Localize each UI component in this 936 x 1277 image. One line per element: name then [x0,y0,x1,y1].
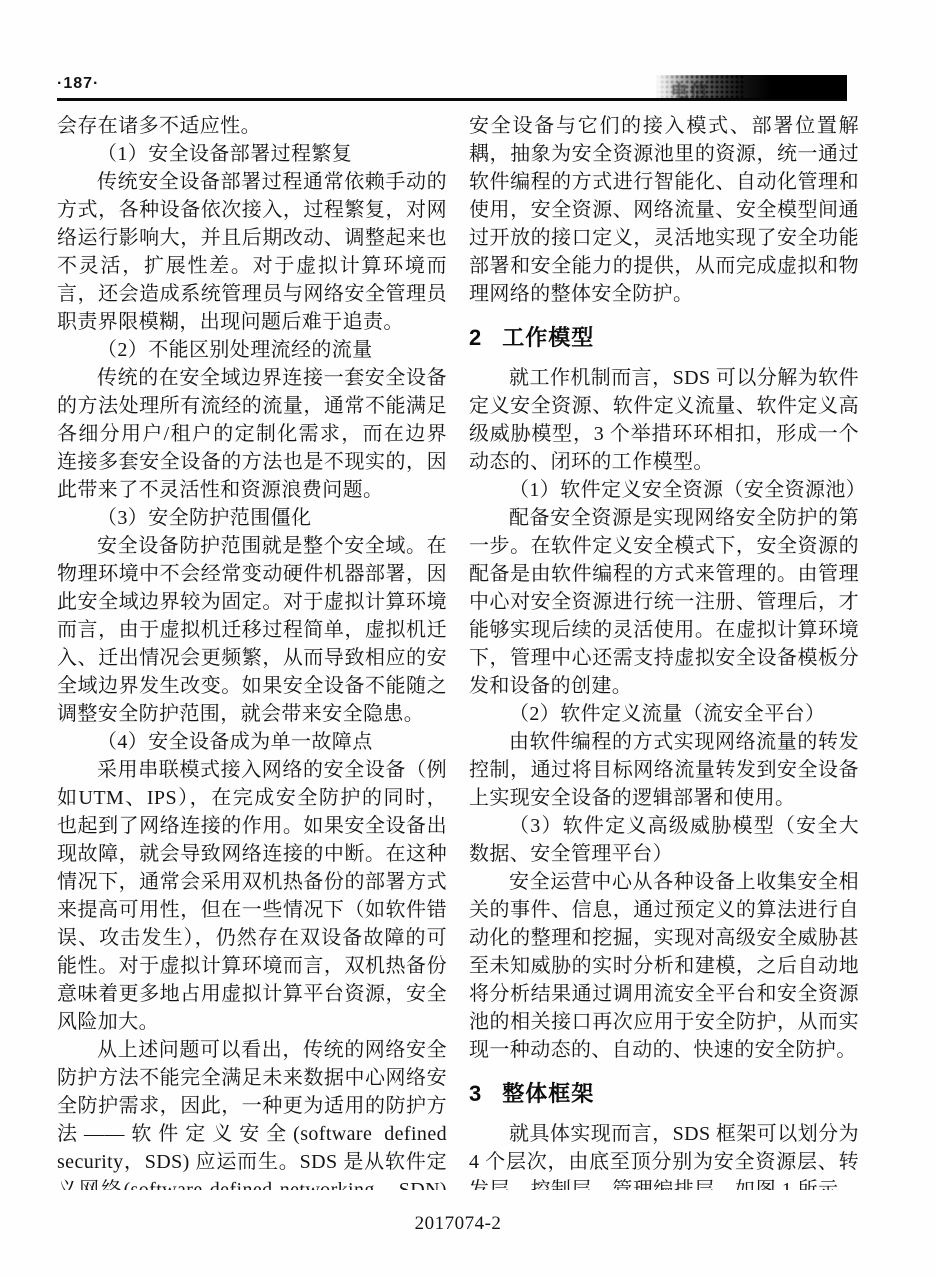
section-number: 2 [469,324,482,352]
list-item-heading: （3）安全防护范围僵化 [57,504,447,532]
section-title: 整体框架 [502,1080,594,1108]
paragraph: 安全运营中心从各种设备上收集安全相关的事件、信息，通过预定义的算法进行自动化的整… [469,868,859,1064]
paragraph: 从上述问题可以看出，传统的网络安全防护方法不能完全满足未来数据中心网络安全防护需… [57,1036,447,1190]
section-heading-work-model: 2 工作模型 [469,324,859,352]
journal-banner-text: 电信 [671,77,709,102]
paragraph: 就工作机制而言，SDS 可以分解为软件定义安全资源、软件定义流量、软件定义高级威… [469,364,859,476]
paragraph: 配备安全资源是实现网络安全防护的第一步。在软件定义安全模式下，安全资源的配备是由… [469,504,859,700]
list-item-heading: （2）不能区别处理流经的流量 [57,336,447,364]
paragraph-continuation: 会存在诸多不适应性。 [57,112,447,140]
list-item-heading: （4）安全设备成为单一故障点 [57,728,447,756]
page-header: ·187· 电信 [57,68,847,101]
paragraph: 采用串联模式接入网络的安全设备（例如UTM、IPS），在完成安全防护的同时，也起… [57,756,447,1036]
left-column: 会存在诸多不适应性。 （1）安全设备部署过程繁复 传统安全设备部署过程通常依赖手… [57,112,447,1190]
journal-banner: 电信 [655,75,847,99]
section-title: 工作模型 [502,324,594,352]
text-columns: 会存在诸多不适应性。 （1）安全设备部署过程繁复 传统安全设备部署过程通常依赖手… [57,112,859,1190]
paragraph: 传统的在安全域边界连接一套安全设备的方法处理所有流经的流量，通常不能满足各细分用… [57,364,447,504]
paragraph: 由软件编程的方式实现网络流量的转发控制，通过将目标网络流量转发到安全设备上实现安… [469,728,859,812]
list-item-heading: （2）软件定义流量（流安全平台） [469,700,859,728]
page-footer: 2017074-2 [57,1213,859,1235]
section-number: 3 [469,1080,482,1108]
article-id: 2017074-2 [415,1213,502,1234]
page-number: ·187· [57,75,99,98]
section-heading-overall-framework: 3 整体框架 [469,1080,859,1108]
list-item-heading: （1）安全设备部署过程繁复 [57,140,447,168]
paragraph-continuation: 安全设备与它们的接入模式、部署位置解耦，抽象为安全资源池里的资源，统一通过软件编… [469,112,859,308]
paragraph: 传统安全设备部署过程通常依赖手动的方式，各种设备依次接入，过程繁复，对网络运行影… [57,168,447,336]
list-item-heading: （3）软件定义高级威胁模型（安全大数据、安全管理平台） [469,812,859,868]
paragraph: 就具体实现而言，SDS 框架可以划分为 4 个层次，由底至顶分别为安全资源层、转… [469,1120,859,1190]
scanned-paper-page: ·187· 电信 会存在诸多不适应性。 （1）安全设备部署过程繁复 传统安全设备… [0,0,936,1277]
paragraph: 安全设备防护范围就是整个安全域。在物理环境中不会经常变动硬件机器部署，因此安全域… [57,532,447,728]
right-column: 安全设备与它们的接入模式、部署位置解耦，抽象为安全资源池里的资源，统一通过软件编… [469,112,859,1190]
list-item-heading: （1）软件定义安全资源（安全资源池） [469,476,859,504]
